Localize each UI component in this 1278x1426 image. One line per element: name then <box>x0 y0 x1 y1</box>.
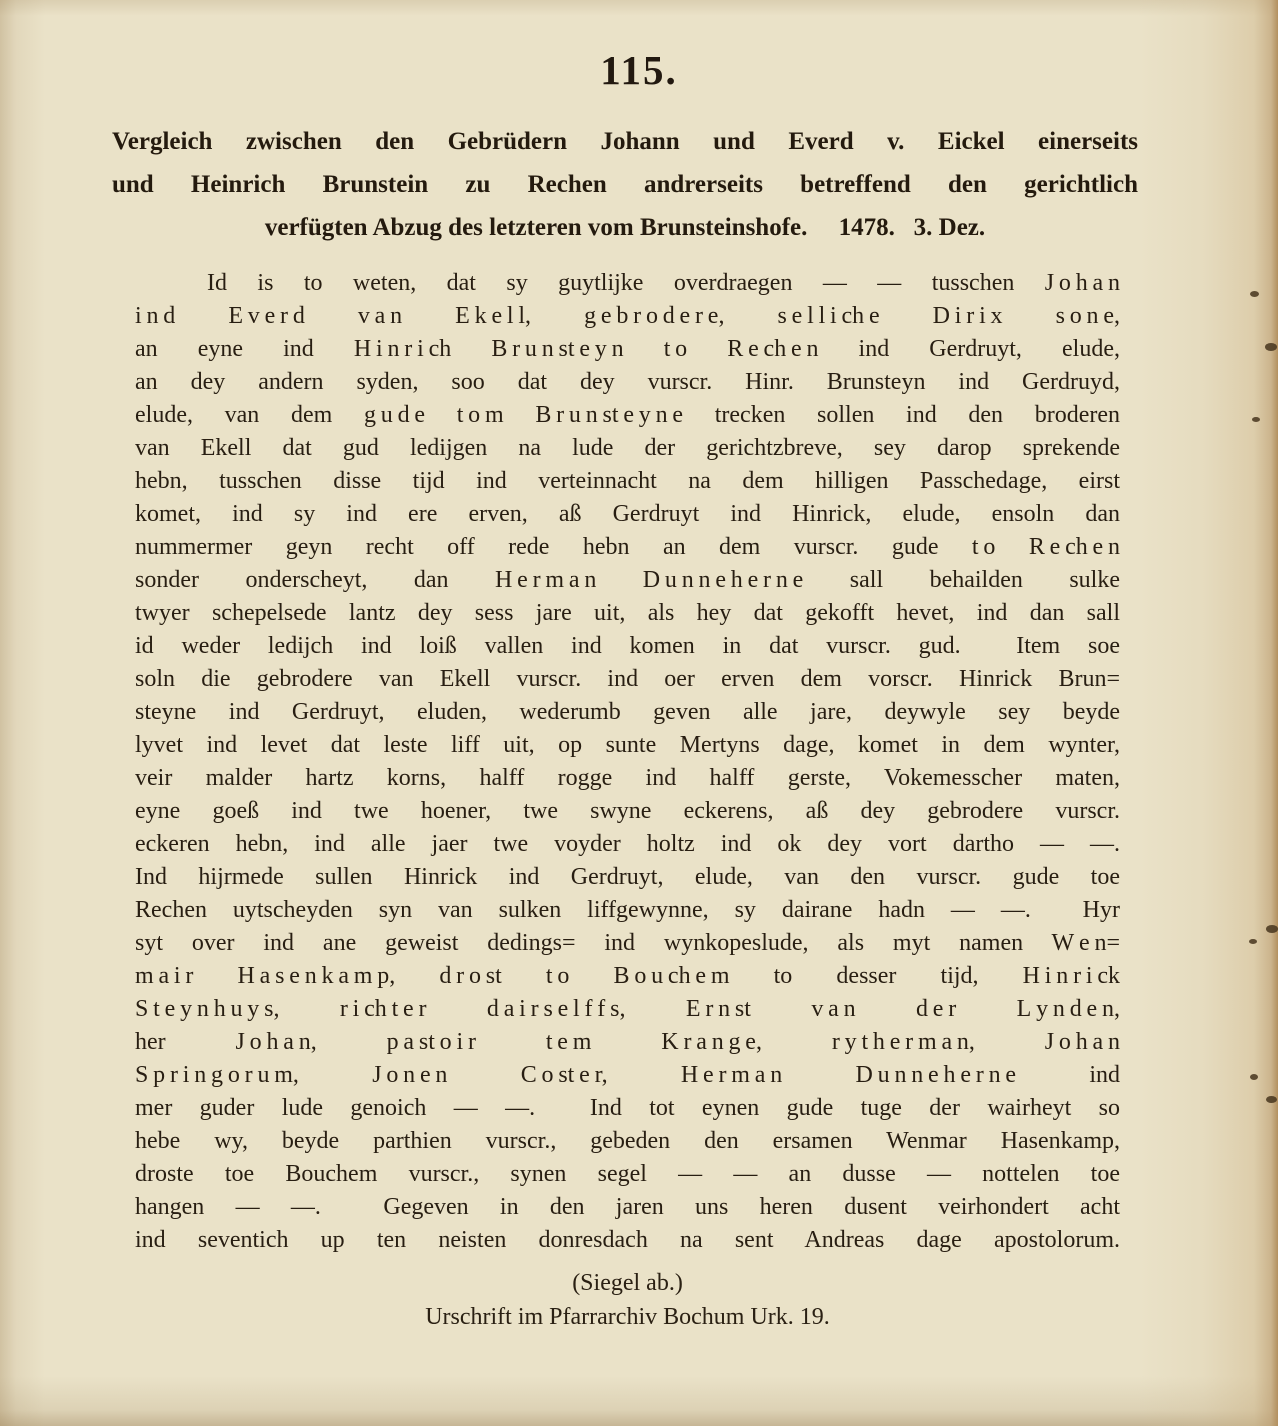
body-line: sonder onderscheyt, dan H e r m a n D u … <box>135 564 1120 597</box>
scan-speck <box>1266 925 1278 933</box>
body-line: hebn, tusschen disse tijd ind verteinnac… <box>135 465 1120 498</box>
body-line: her J o h a n, p a st o i r t e m K r a … <box>135 1026 1120 1059</box>
document-number: 115. <box>0 46 1278 94</box>
body-line: elude, van dem g u d e t o m B r u n st … <box>135 399 1120 432</box>
scan-speck <box>1250 1074 1258 1080</box>
scanned-book-page: 115. Vergleich zwischen den Gebrüdern Jo… <box>0 0 1278 1426</box>
body-line: id weder ledijch ind loiß vallen ind kom… <box>135 630 1120 663</box>
document-footer: (Siegel ab.) Urschrift im Pfarrarchiv Bo… <box>135 1266 1120 1334</box>
body-line: m a i r H a s e n k a m p, d r o st t o … <box>135 960 1120 993</box>
summary-header: Vergleich zwischen den Gebrüdern Johann … <box>112 120 1138 249</box>
body-line: komet, ind sy ind ere erven, aß Gerdruyt… <box>135 498 1120 531</box>
body-line: twyer schepelsede lantz dey sess jare ui… <box>135 597 1120 630</box>
seal-note: (Siegel ab.) <box>135 1266 1120 1300</box>
body-line: steyne ind Gerdruyt, eluden, wederumb ge… <box>135 696 1120 729</box>
body-line: Ind hijrmede sullen Hinrick ind Gerdruyt… <box>135 861 1120 894</box>
scan-speck <box>1250 291 1259 297</box>
body-line: van Ekell dat gud ledijgen na lude der g… <box>135 432 1120 465</box>
body-line: eckeren hebn, ind alle jaer twe voyder h… <box>135 828 1120 861</box>
body-line: soln die gebrodere van Ekell vurscr. ind… <box>135 663 1120 696</box>
body-line: mer guder lude genoich — —. Ind tot eyne… <box>135 1092 1120 1125</box>
body-line: S p r i n g o r u m, J o n e n C o st e … <box>135 1059 1120 1092</box>
body-line: hebe wy, beyde parthien vurscr., gebeden… <box>135 1125 1120 1158</box>
summary-line: und Heinrich Brunstein zu Rechen andrers… <box>112 163 1138 206</box>
scan-speck <box>1266 1096 1277 1103</box>
charter-text: Id is to weten, dat sy guytlijke overdra… <box>135 267 1120 1257</box>
body-line: nummermer geyn recht off rede hebn an de… <box>135 531 1120 564</box>
body-line: lyvet ind levet dat leste liff uit, op s… <box>135 729 1120 762</box>
summary-line: Vergleich zwischen den Gebrüdern Johann … <box>112 120 1138 163</box>
body-line: syt over ind ane geweist dedings= ind wy… <box>135 927 1120 960</box>
scan-speck <box>1252 417 1260 422</box>
body-line: ind seventich up ten neisten donresdach … <box>135 1224 1120 1257</box>
scan-speck <box>1249 939 1257 944</box>
body-line: S t e y n h u y s, r i ch t e r d a i r … <box>135 993 1120 1026</box>
body-line: veir malder hartz korns, halff rogge ind… <box>135 762 1120 795</box>
body-line: Rechen uytscheyden syn van sulken liffge… <box>135 894 1120 927</box>
body-line: an dey andern syden, soo dat dey vurscr.… <box>135 366 1120 399</box>
summary-line-date: verfügten Abzug des letzteren vom Brunst… <box>112 206 1138 249</box>
body-line: droste toe Bouchem vurscr., synen segel … <box>135 1158 1120 1191</box>
body-line: an eyne ind H i n r i ch B r u n st e y … <box>135 333 1120 366</box>
source-note: Urschrift im Pfarrarchiv Bochum Urk. 19. <box>135 1300 1120 1334</box>
body-line: eyne goeß ind twe hoener, twe swyne ecke… <box>135 795 1120 828</box>
body-line: i n d E v e r d v a n E k e l l, g e b r… <box>135 300 1120 333</box>
body-line: hangen — —. Gegeven in den jaren uns her… <box>135 1191 1120 1224</box>
scan-speck <box>1265 343 1277 351</box>
body-line: Id is to weten, dat sy guytlijke overdra… <box>135 267 1120 300</box>
